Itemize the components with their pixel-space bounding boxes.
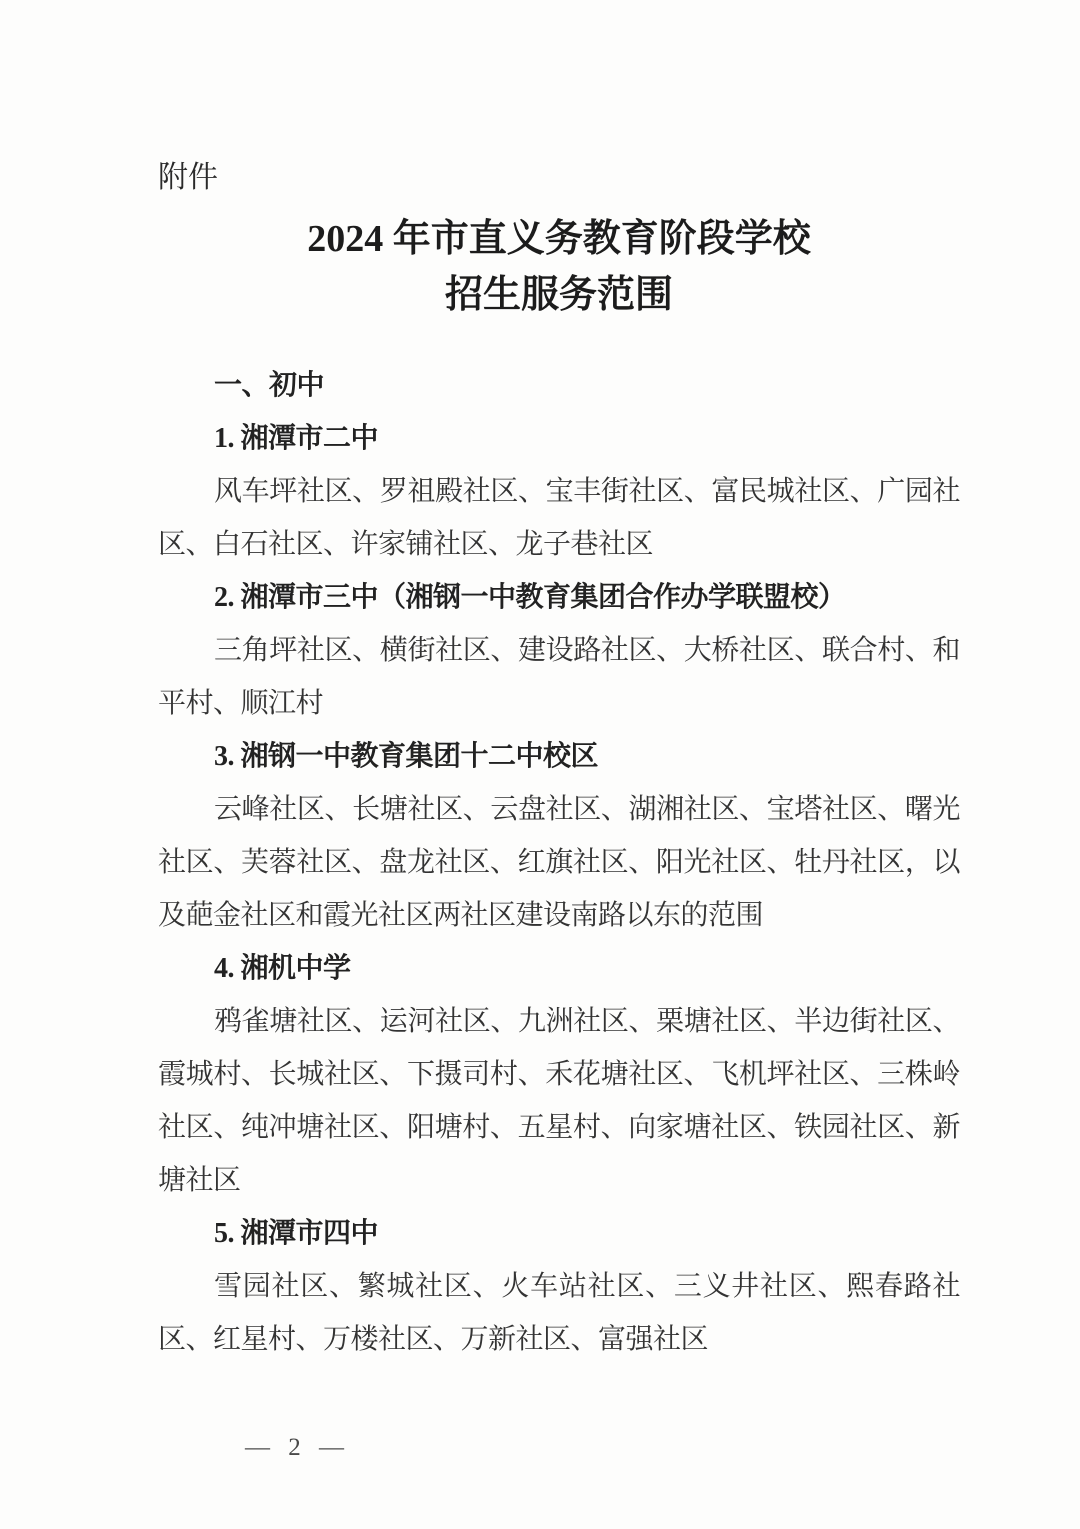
- school-entry-area: 三角坪社区、横街社区、建设路社区、大桥社区、联合村、和平村、顺江村: [158, 624, 960, 730]
- attachment-label: 附件: [158, 161, 960, 195]
- section-heading-middle-school: 一、初中: [158, 359, 960, 412]
- school-entry-area: 风车坪社区、罗祖殿社区、宝丰街社区、富民城社区、广园社区、白石社区、许家铺社区、…: [158, 465, 960, 571]
- school-entry-area: 雪园社区、繁城社区、火车站社区、三义井社区、熙春路社区、红星村、万楼社区、万新社…: [158, 1260, 960, 1366]
- school-entry-name: 5. 湘潭市四中: [158, 1207, 960, 1260]
- document-body: 一、初中 1. 湘潭市二中 风车坪社区、罗祖殿社区、宝丰街社区、富民城社区、广园…: [158, 359, 960, 1366]
- document-title-line-2: 招生服务范围: [158, 267, 960, 323]
- document-title: 2024 年市直义务教育阶段学校 招生服务范围: [158, 211, 960, 323]
- footer-page-number: — 2 —: [245, 1433, 350, 1463]
- school-entry-area: 云峰社区、长塘社区、云盘社区、湖湘社区、宝塔社区、曙光社区、芙蓉社区、盘龙社区、…: [158, 783, 960, 942]
- school-entry-name: 4. 湘机中学: [158, 942, 960, 995]
- document-title-line-1: 2024 年市直义务教育阶段学校: [158, 211, 960, 267]
- school-entry-name: 2. 湘潭市三中（湘钢一中教育集团合作办学联盟校）: [158, 571, 960, 624]
- document-page: 附件 2024 年市直义务教育阶段学校 招生服务范围 一、初中 1. 湘潭市二中…: [0, 0, 1080, 1529]
- school-entry-name: 1. 湘潭市二中: [158, 412, 960, 465]
- school-entry-name: 3. 湘钢一中教育集团十二中校区: [158, 730, 960, 783]
- school-entry-area: 鸦雀塘社区、运河社区、九洲社区、栗塘社区、半边街社区、霞城村、长城社区、下摄司村…: [158, 995, 960, 1207]
